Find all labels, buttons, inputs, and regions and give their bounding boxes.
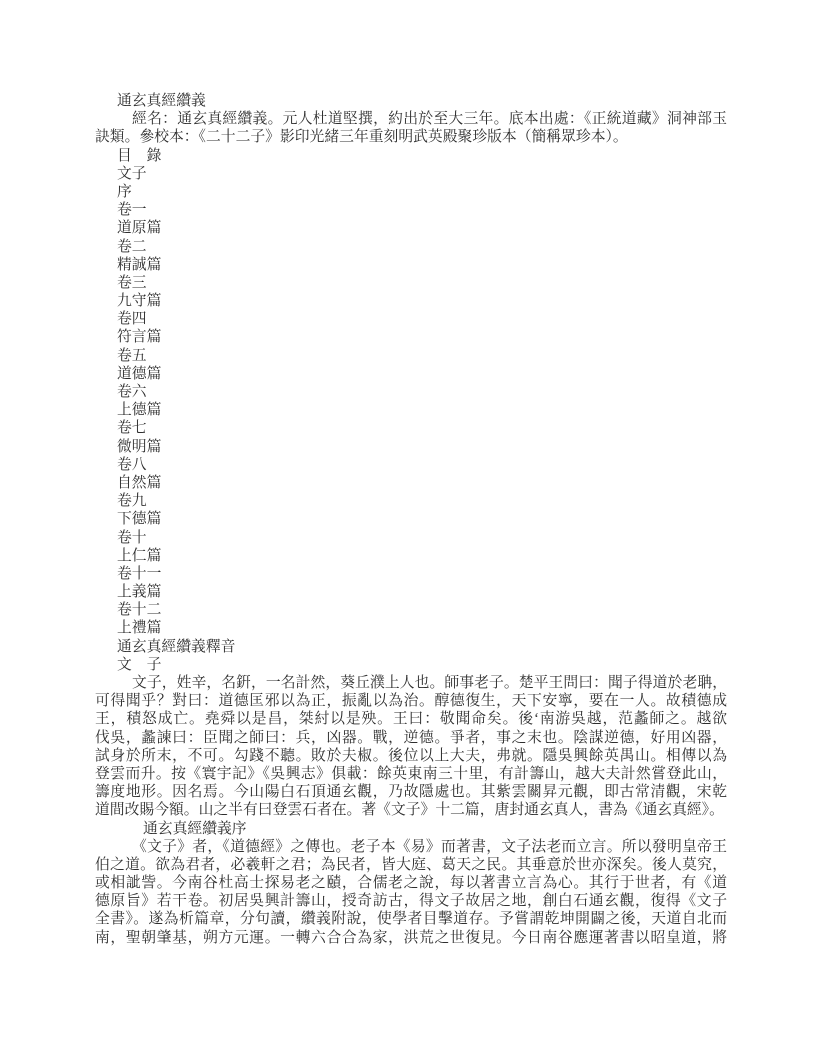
toc-item: 上義篇 (95, 583, 727, 601)
biography-line: 登雲而升。按《寰宇記》《吳興志》俱載：餘英東南三十里，有計籌山，越大夫計然嘗登此… (95, 765, 727, 783)
toc-item: 通玄真經纘義釋音 (95, 638, 727, 656)
toc-item: 卷二 (95, 238, 727, 256)
toc-item: 卷七 (95, 419, 727, 437)
toc-item: 卷四 (95, 310, 727, 328)
toc-item: 文子 (95, 165, 727, 183)
toc-item: 上禮篇 (95, 619, 727, 637)
toc-item: 九守篇 (95, 292, 727, 310)
toc-item: 道德篇 (95, 365, 727, 383)
preface-line: 或相訿訾。今南谷杜高士探易老之賾，合儒老之說，每以著書立言為心。其行于世者，有《… (95, 874, 727, 892)
biography-line: 文子，姓辛，名銒，一名計然，葵丘濮上人也。師事老子。楚平王問曰：聞子得道於老聃， (95, 674, 727, 692)
toc-item: 卷十一 (95, 565, 727, 583)
toc-item: 卷五 (95, 347, 727, 365)
preface-line: 全書》。遂為析篇章，分句讀，纘義附說，使學者目擊道存。予嘗謂乾坤開闢之後，天道自… (95, 910, 727, 928)
biography-line: 王，積怒成亡。堯舜以是昌，桀紂以是殃。王曰：敬聞命矣。後‘南游吳越，范蠡師之。越… (95, 710, 727, 728)
document-title: 通玄真經纘義 (95, 92, 727, 110)
toc-item: 上仁篇 (95, 547, 727, 565)
biography-line: 伐吳，蠡諫曰：臣聞之師曰：兵，凶器。戰，逆德。爭者，事之末也。陰謀逆德，好用凶器… (95, 729, 727, 747)
preface-line: 伯之道。欲為君者，必羲軒之君；為民者，皆大庭、葛天之民。其垂意於世亦深矣。後人莫… (95, 856, 727, 874)
toc-item: 卷十二 (95, 601, 727, 619)
toc-item: 卷一 (95, 201, 727, 219)
toc-item: 道原篇 (95, 219, 727, 237)
biography-line: 試身於所末，不可。勾踐不聽。敗於夫椒。後位以上大夫，弗就。隱吳興餘英禺山。相傳以… (95, 747, 727, 765)
biography-paragraph: 文子，姓辛，名銒，一名計然，葵丘濮上人也。師事老子。楚平王問曰：聞子得道於老聃，… (95, 674, 727, 820)
toc-item: 卷三 (95, 274, 727, 292)
biography-heading: 文 子 (95, 656, 727, 674)
biography-line: 籌度地形。因名焉。今山陽白石頂通玄觀，乃故隱處也。其紫雲關昇元觀，即古常清觀，宋… (95, 783, 727, 801)
table-of-contents: 文子序卷一道原篇卷二精誠篇卷三九守篇卷四符言篇卷五道德篇卷六上德篇卷七微明篇卷八… (95, 165, 727, 656)
toc-item: 自然篇 (95, 474, 727, 492)
colophon-line: 經名：通玄真經纘義。元人杜道堅撰，約出於至大三年。底本出處：《正統道藏》洞神部玉 (95, 110, 727, 128)
colophon-line: 訣類。參校本：《二十二子》影印光緒三年重刻明武英殿聚珍版本（簡稱眾珍本）。 (95, 128, 727, 146)
toc-item: 序 (95, 183, 727, 201)
preface-line: 南，聖朝肇基，朔方元運。一轉六合合為家，洪荒之世復見。今日南谷應運著書以昭皇道，… (95, 929, 727, 947)
toc-item: 微明篇 (95, 438, 727, 456)
preface-line: 德原旨》若干卷。初居吳興計籌山，授奇訪古，得文子故居之地，創白石通玄觀，復得《文… (95, 892, 727, 910)
toc-item: 精誠篇 (95, 256, 727, 274)
toc-item: 下德篇 (95, 510, 727, 528)
document-page: 通玄真經纘義 經名：通玄真經纘義。元人杜道堅撰，約出於至大三年。底本出處：《正統… (0, 0, 816, 1056)
preface-line: 《文子》者，《道德經》之傳也。老子本《易》而著書，文子法老而立言。所以發明皇帝王 (95, 838, 727, 856)
preface-paragraph: 《文子》者，《道德經》之傳也。老子本《易》而著書，文子法老而立言。所以發明皇帝王… (95, 838, 727, 947)
toc-item: 卷九 (95, 492, 727, 510)
biography-line: 可得聞乎？對曰：道德匡邪以為正，振亂以為治。醇德復生，天下安寧，要在一人。故積德… (95, 692, 727, 710)
toc-item: 卷十 (95, 529, 727, 547)
colophon: 經名：通玄真經纘義。元人杜道堅撰，約出於至大三年。底本出處：《正統道藏》洞神部玉… (95, 110, 727, 146)
biography-line: 道間改賜今額。山之半有曰登雲石者在。著《文子》十二篇，唐封通玄真人，書為《通玄真… (95, 801, 727, 819)
toc-item: 卷六 (95, 383, 727, 401)
toc-item: 符言篇 (95, 328, 727, 346)
toc-heading: 目 錄 (95, 147, 727, 165)
toc-item: 卷八 (95, 456, 727, 474)
preface-heading: 通玄真經纘義序 (95, 820, 727, 838)
toc-item: 上德篇 (95, 401, 727, 419)
